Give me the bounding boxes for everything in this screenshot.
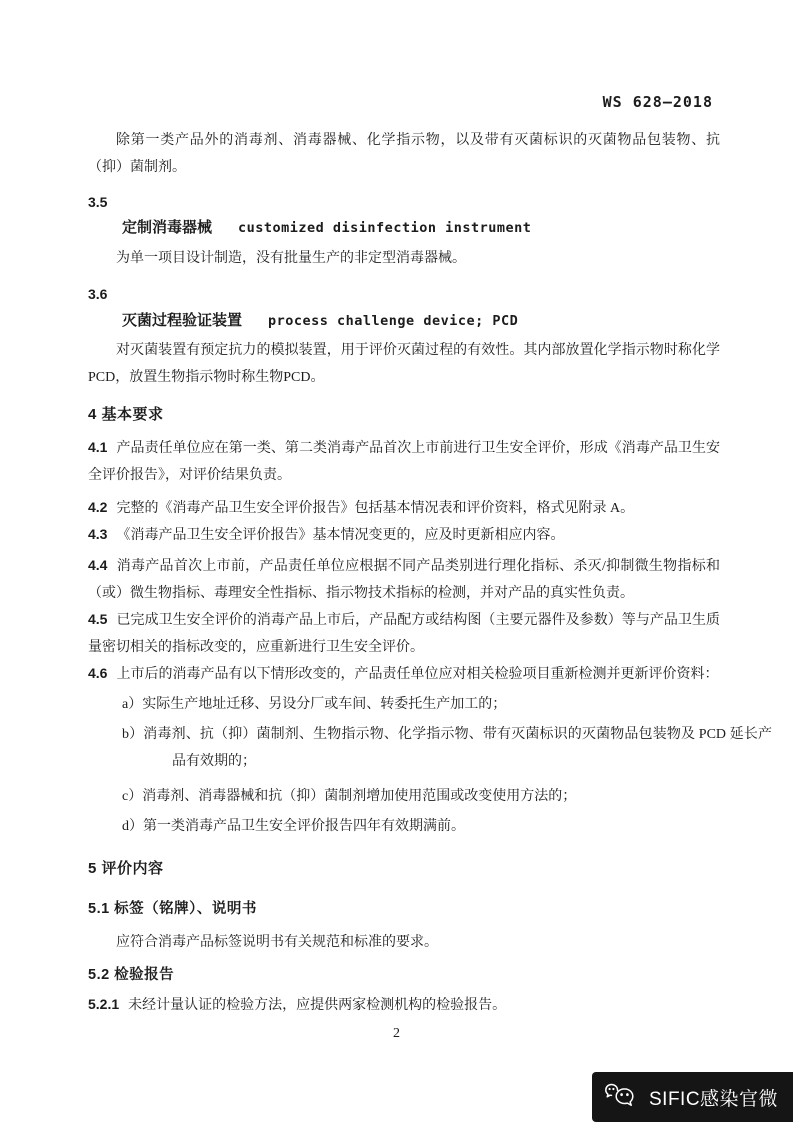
clause-number: 4.5 <box>88 611 107 627</box>
clause-text: 未经计量认证的检验方法，应提供两家检测机构的检验报告。 <box>128 998 506 1013</box>
definition-3-6: 对灭菌装置有预定抗力的模拟装置，用于评价灭菌过程的有效性。其内部放置化学指示物时… <box>88 337 720 391</box>
section-5-1-body: 应符合消毒产品标签说明书有关规范和标准的要求。 <box>88 929 720 956</box>
clause-text: 完整的《消毒产品卫生安全评价报告》包括基本情况表和评价资料，格式见附录 A。 <box>116 501 634 516</box>
clause-text: 消毒产品首次上市前，产品责任单位应根据不同产品类别进行理化指标、杀灭/抑制微生物… <box>88 559 720 601</box>
definition-3-5: 为单一项目设计制造，没有批量生产的非定型消毒器械。 <box>88 245 720 272</box>
list-item-d: d）第一类消毒产品卫生安全评价报告四年有效期满前。 <box>122 813 772 840</box>
clause-text: 上市后的消毒产品有以下情形改变的，产品责任单位应对相关检验项目重新检测并更新评价… <box>116 667 718 682</box>
clause-number: 4.3 <box>88 526 107 542</box>
clause-3-6-number: 3.6 <box>88 281 720 309</box>
sific-watermark-banner: SIFIC感染官微 <box>592 1072 793 1122</box>
standard-code-header: WS 628—2018 <box>88 93 713 111</box>
clause-4-5: 4.5已完成卫生安全评价的消毒产品上市后，产品配方或结构图（主要元器件及参数）等… <box>88 606 720 661</box>
section-5-2-heading: 5.2 检验报告 <box>88 962 720 989</box>
clause-3-5-number: 3.5 <box>88 189 720 217</box>
clause-text: 已完成卫生安全评价的消毒产品上市后，产品配方或结构图（主要元器件及参数）等与产品… <box>88 613 720 655</box>
section-5-1-heading: 5.1 标签（铭牌）、说明书 <box>88 896 720 923</box>
clause-4-6: 4.6上市后的消毒产品有以下情形改变的，产品责任单位应对相关检验项目重新检测并更… <box>88 660 720 688</box>
watermark-label: SIFIC感染官微 <box>649 1084 778 1111</box>
term-en: process challenge device; PCD <box>268 313 518 329</box>
term-zh: 灭菌过程验证装置 <box>122 312 242 329</box>
clause-4-1: 4.1产品责任单位应在第一类、第二类消毒产品首次上市前进行卫生安全评价，形成《消… <box>88 434 720 489</box>
term-zh: 定制消毒器械 <box>122 219 212 236</box>
clause-text: 产品责任单位应在第一类、第二类消毒产品首次上市前进行卫生安全评价，形成《消毒产品… <box>88 441 720 483</box>
term-3-5: 定制消毒器械customized disinfection instrument <box>122 214 754 242</box>
clause-5-2-1: 5.2.1未经计量认证的检验方法，应提供两家检测机构的检验报告。 <box>88 991 720 1019</box>
term-en: customized disinfection instrument <box>238 220 531 236</box>
clause-text: 《消毒产品卫生安全评价报告》基本情况变更的，应及时更新相应内容。 <box>116 528 564 543</box>
clause-4-3: 4.3《消毒产品卫生安全评价报告》基本情况变更的，应及时更新相应内容。 <box>88 521 720 549</box>
clause-number: 5.2.1 <box>88 996 119 1012</box>
wechat-bubbles-icon <box>604 1082 640 1112</box>
clause-number: 4.2 <box>88 499 107 515</box>
clause-number: 4.6 <box>88 665 107 681</box>
clause-number: 4.1 <box>88 439 107 455</box>
document-page: WS 628—2018 除第一类产品外的消毒剂、消毒器械、化学指示物，以及带有灭… <box>0 0 793 1122</box>
list-item-a: a）实际生产地址迁移、另设分厂或车间、转委托生产加工的； <box>122 691 772 718</box>
clause-4-2: 4.2完整的《消毒产品卫生安全评价报告》包括基本情况表和评价资料，格式见附录 A… <box>88 494 720 522</box>
clause-number: 4.4 <box>88 557 107 573</box>
term-3-6: 灭菌过程验证装置process challenge device; PCD <box>122 307 754 335</box>
section-5-heading: 5 评价内容 <box>88 855 720 882</box>
list-item-c: c）消毒剂、消毒器械和抗（抑）菌制剂增加使用范围或改变使用方法的； <box>122 783 772 810</box>
intro-paragraph: 除第一类产品外的消毒剂、消毒器械、化学指示物，以及带有灭菌标识的灭菌物品包装物、… <box>88 127 720 181</box>
clause-number: 3.6 <box>88 286 107 302</box>
list-item-b: b）消毒剂、抗（抑）菌制剂、生物指示物、化学指示物、带有灭菌标识的灭菌物品包装物… <box>122 721 772 775</box>
clause-number: 3.5 <box>88 194 107 210</box>
clause-4-4: 4.4消毒产品首次上市前，产品责任单位应根据不同产品类别进行理化指标、杀灭/抑制… <box>88 552 720 607</box>
page-number: 2 <box>0 1026 793 1042</box>
section-4-heading: 4 基本要求 <box>88 401 720 428</box>
